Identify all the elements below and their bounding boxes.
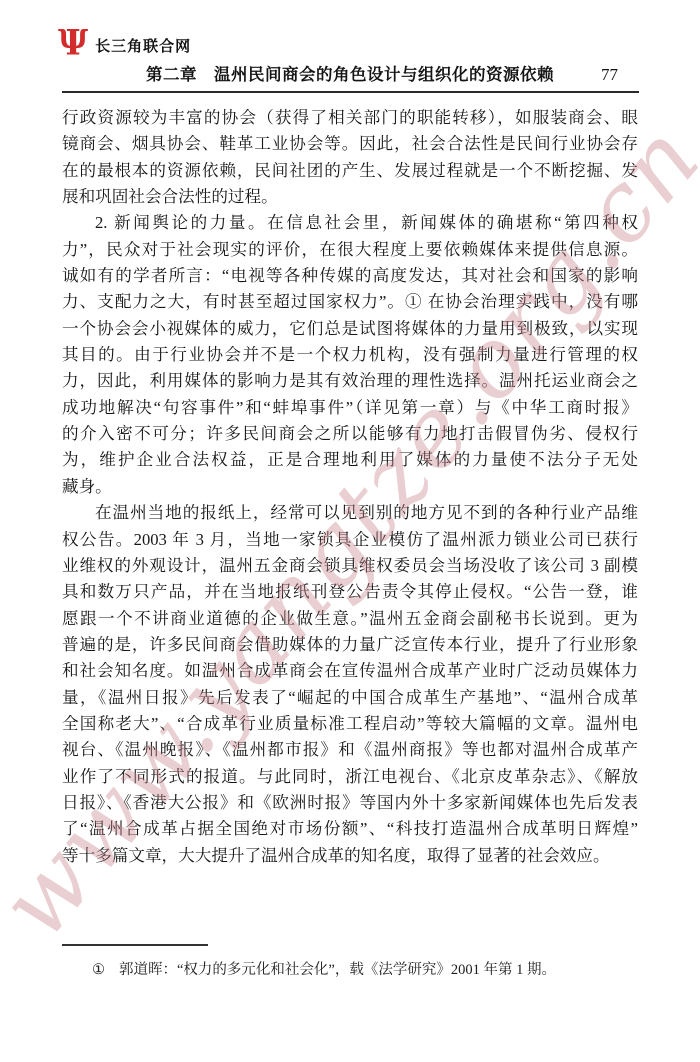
text-line: 行政资源较为丰富的协会（获得了相关部门的职能转移），如服装商会、眼 [62,105,638,131]
header-rule [62,91,639,93]
running-head: 第二章 温州民间商会的角色设计与组织化的资源依赖 77 [62,62,638,88]
text-line: 普遍的是，许多民间商会借助媒体的力量广泛宣传本行业，提升了行业形象 [62,632,638,658]
text-line: 等十多篇文章，大大提升了温州合成革的知名度，取得了显著的社会效应。 [62,843,638,869]
text-line: 量，《温州日报》先后发表了“崛起的中国合成革生产基地”、“温州合成革 [62,685,638,711]
text-line: 和社会知名度。如温州合成革商会在宣传温州合成革产业时广泛动员媒体力 [62,658,638,684]
text-line: 具和数万只产品，并在当地报纸刊登公告责令其停止侵权。“公告一登，谁 [62,579,638,605]
text-line: 全国称老大”、“合成革行业质量标准工程启动”等较大篇幅的文章。温州电 [62,711,638,737]
text-line: 愿跟一个不讲商业道德的企业做生意。”温州五金商会副秘书长说到。更为 [62,606,638,632]
body-text: 行政资源较为丰富的协会（获得了相关部门的职能转移），如服装商会、眼镜商会、烟具协… [62,105,638,869]
text-line: 在的最根本的资源依赖，民间社团的产生、发展过程就是一个不断挖掘、发 [62,158,638,184]
paragraph: 行政资源较为丰富的协会（获得了相关部门的职能转移），如服装商会、眼镜商会、烟具协… [62,105,638,210]
site-logo: Ψ 长三角联合网 [58,26,191,59]
scanned-book-page: www.yangtze.org.cn Ψ 长三角联合网 第二章 温州民间商会的角… [0,0,700,1062]
paragraph: 2. 新闻舆论的力量。在信息社会里，新闻媒体的确堪称“第四种权力”，民众对于社会… [62,210,638,500]
text-line: 诚如有的学者所言：“电视等各种传媒的高度发达，其对社会和国家的影响 [62,263,638,289]
text-line: 力、支配力之大，有时甚至超过国家权力”。① 在协会治理实践中，没有哪 [62,289,638,315]
text-line: 的介入密不可分；许多民间商会之所以能够有力地打击假冒伪劣、侵权行 [62,421,638,447]
chapter-title: 第二章 温州民间商会的角色设计与组织化的资源依赖 [146,65,554,84]
text-line: 2. 新闻舆论的力量。在信息社会里，新闻媒体的确堪称“第四种权 [62,210,638,236]
footnote-separator [62,944,208,946]
page-number: 77 [601,62,618,88]
text-line: 了“温州合成革占据全国绝对市场份额”、“科技打造温州合成革明日辉煌” [62,816,638,842]
text-line: 业维权的外观设计，温州五金商会锁具维权委员会当场没收了该公司 3 副模 [62,553,638,579]
text-line: 力”，民众对于社会现实的评价，在很大程度上要依赖媒体来提供信息源。 [62,237,638,263]
text-line: 一个协会会小视媒体的威力，它们总是试图将媒体的力量用到极致，以实现 [62,316,638,342]
text-line: 视台、《温州晚报》、《温州都市报》和《温州商报》等也都对温州合成革产 [62,737,638,763]
text-line: 力，因此，利用媒体的影响力是其有效治理的理性选择。温州托运业商会之 [62,368,638,394]
text-line: 展和巩固社会合法性的过程。 [62,184,638,210]
text-line: 业作了不同形式的报道。与此同时，浙江电视台、《北京皮革杂志》、《解放 [62,764,638,790]
text-line: 日报》、《香港大公报》和《欧洲时报》等国内外十多家新闻媒体也先后发表 [62,790,638,816]
footnote-text: 郭道晖：“权力的多元化和社会化”，载《法学研究》2001 年第 1 期。 [119,962,556,978]
text-line: 其目的。由于行业协会并不是一个权力机构，没有强制力量进行管理的权 [62,342,638,368]
text-line: 镜商会、烟具协会、鞋革工业协会等。因此，社会合法性是民间行业协会存 [62,131,638,157]
text-line: 权公告。2003 年 3 月，当地一家锁具企业模仿了温州派力锁业公司已获行 [62,527,638,553]
text-line: 成功地解决“句容事件”和“蚌埠事件”（详见第一章）与《中华工商时报》 [62,395,638,421]
footnote-marker: ① [92,962,105,978]
paragraph: 在温州当地的报纸上，经常可以见到别的地方见不到的各种行业产品维权公告。2003 … [62,500,638,869]
text-line: 在温州当地的报纸上，经常可以见到别的地方见不到的各种行业产品维 [62,500,638,526]
text-line: 藏身。 [62,474,638,500]
trident-logo-icon: Ψ [58,25,88,60]
site-logo-label: 长三角联合网 [95,35,191,56]
text-line: 为，维护企业合法权益，正是合理地利用了媒体的力量使不法分子无处 [62,447,638,473]
footnote: ①郭道晖：“权力的多元化和社会化”，载《法学研究》2001 年第 1 期。 [62,959,638,981]
